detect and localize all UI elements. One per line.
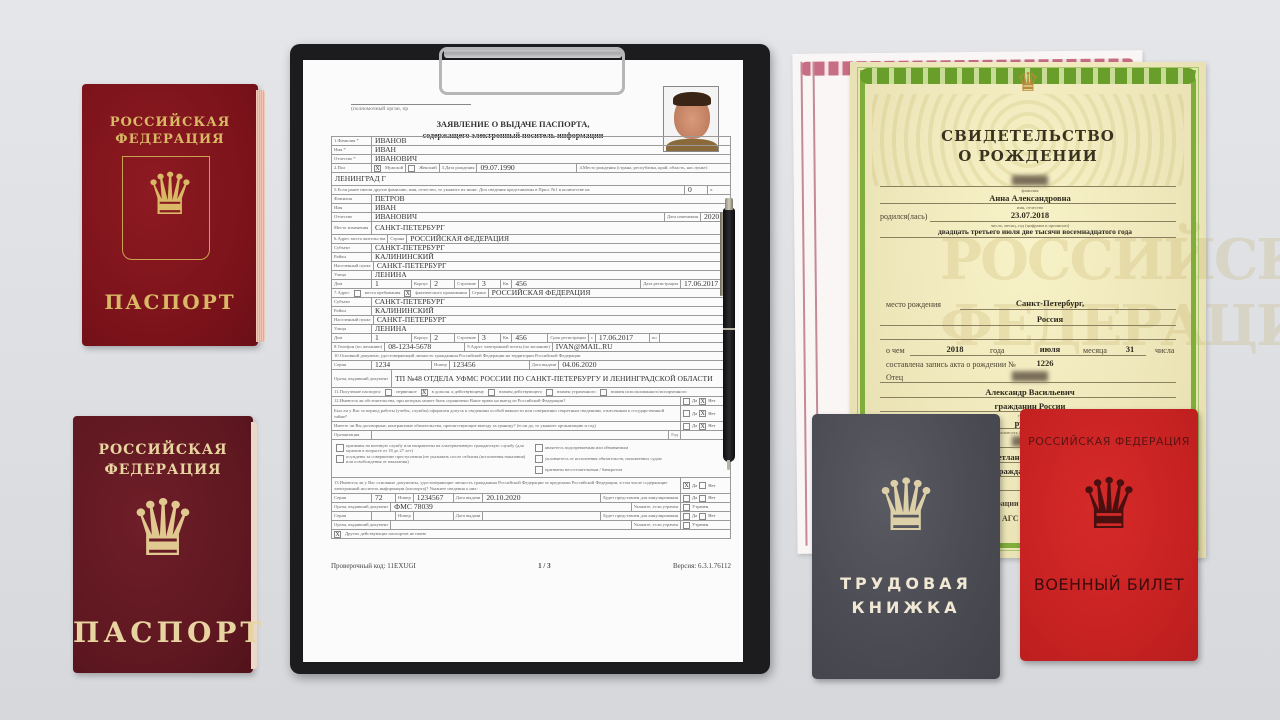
passport-country: РОССИЙСКАЯ ФЕДЕРАЦИЯ <box>82 114 258 148</box>
double-headed-eagle-icon: ♛ <box>1014 66 1042 100</box>
birthplace-city: Санкт-Петербург, <box>980 298 1120 308</box>
double-headed-eagle-icon: ♛ <box>1078 471 1141 541</box>
military-id-country: РОССИЙСКАЯ ФЕДЕРАЦИЯ <box>1020 435 1198 448</box>
prev-surname-row: Фамилия ПЕТРОВ <box>331 195 731 204</box>
form-grid: 1.Фамилия * ИВАНОВ Имя * ИВАН Отчество *… <box>331 136 731 539</box>
organization-row: Организация Год <box>331 431 731 440</box>
birthplace-country: Россия <box>980 314 1120 324</box>
surname-value: ИВАНОВ <box>372 137 730 145</box>
pen-body <box>723 208 735 462</box>
record-number: 1226 <box>1025 358 1065 368</box>
q13-passport-2-row: Серия Номер Дата выдачи Будет представле… <box>331 512 731 521</box>
stay-country-row: 7.Адрес места пребывания X фактического … <box>331 289 731 298</box>
patronymic-value: ИВАНОВИЧ <box>372 155 730 163</box>
page-number: 1 / 3 <box>538 562 550 570</box>
dob-value: 09.07.1990 <box>477 164 577 172</box>
double-headed-eagle-icon: ♛ <box>874 470 939 542</box>
work-record-book: ♛ ТРУДОВАЯ КНИЖКА <box>812 414 1000 679</box>
birthplace-value: ЛЕНИНГРАД Г <box>332 173 730 185</box>
prev-name-row: Имя ИВАН <box>331 204 731 213</box>
q12b-row: Был ли у Вас за период работы (учебы, сл… <box>331 406 731 422</box>
military-id-title: ВОЕННЫЙ БИЛЕТ <box>1020 575 1198 594</box>
form-version: Версия: 6.3.1.76112 <box>673 562 731 570</box>
foreign-passport: РОССИЙСКАЯ ФЕДЕРАЦИЯ ♛ ПАСПОРТ <box>82 84 258 346</box>
sex-female-checkbox <box>408 165 415 172</box>
name-value: ИВАН <box>372 146 730 154</box>
passport-application-form: (полномочный орган, пр ЗАЯВЛЕНИЕ О ВЫДАЧ… <box>303 60 743 662</box>
birth-date-words: двадцать третьего июля две тысячи восемн… <box>890 227 1180 236</box>
military-id: РОССИЙСКАЯ ФЕДЕРАЦИЯ ♛ ВОЕННЫЙ БИЛЕТ <box>1020 409 1198 661</box>
authority-caption: (полномочный орган, пр <box>351 104 471 112</box>
check-code: Проверочный код: 11EXUGI <box>331 562 416 570</box>
work-book-title: ТРУДОВАЯ КНИЖКА <box>812 572 1000 620</box>
issuer-row: Орган, выдавший документ ТП №48 ОТДЕЛА У… <box>331 370 731 388</box>
pen <box>721 198 736 476</box>
pen-tip <box>727 460 730 470</box>
passport-title: ПАСПОРТ <box>82 290 258 314</box>
birthplace-row: ЛЕНИНГРАД Г <box>331 173 731 186</box>
certificate-title: СВИДЕТЕЛЬСТВО О РОЖДЕНИИ <box>850 126 1206 166</box>
residence-country-row: 6.Адрес места жительства Страна РОССИЙСК… <box>331 235 731 244</box>
q13-issuer-2-row: Орган, выдавший документ Укажите, если у… <box>331 521 731 530</box>
no-other-passports-row: X Других действующих паспортов не имею <box>331 530 731 539</box>
sex-male-checkbox: X <box>374 165 381 172</box>
father-name: Александр Васильевич <box>950 387 1110 397</box>
q12-row: 12.Имеются ли обстоятельства, при которы… <box>331 397 731 406</box>
sex-dob-row: 2.Пол X Мужской Женский 3.Дата рождения … <box>331 164 731 173</box>
birth-date: 23.07.2018 <box>970 210 1090 220</box>
name-row: Имя * ИВАН <box>331 146 731 155</box>
child-name: Анна Александровна <box>940 193 1120 203</box>
restrictions-list: призваны на военную службу или направлен… <box>331 440 731 478</box>
q13-row: 13.Имеются ли у Вас основные документы, … <box>331 478 731 494</box>
form-footer: Проверочный код: 11EXUGI 1 / 3 Версия: 6… <box>331 562 731 570</box>
pen-button <box>725 198 733 210</box>
q11-row: 11.Получение паспорта: первичное Xв допо… <box>331 388 731 397</box>
q13-issuer-1-row: Орган, выдавший документ ФМС 78039 Укажи… <box>331 503 731 512</box>
contacts-row: 8.Телефон (по желанию) 08-1234-5678 9.Ад… <box>331 343 731 352</box>
clipboard-clip-wire <box>439 47 625 95</box>
child-surname: ██████ <box>1000 175 1060 185</box>
residence-house-row: Дом 1 Корпус 2 Строение 3 Кв. 456 Дата р… <box>331 280 731 289</box>
passport-title: ПАСПОРТ <box>73 616 253 649</box>
passport-country: РОССИЙСКАЯ ФЕДЕРАЦИЯ <box>73 440 253 480</box>
prev-patronymic-row: Отчество ИВАНОВИЧ Дата изменения 2020 <box>331 213 731 222</box>
q12c-row: Имеете ли Вы договорные, контрактные обя… <box>331 422 731 431</box>
double-headed-eagle-icon: ♛ <box>128 490 198 568</box>
id-document-row: Серия 1234 Номер 123456 Дата выдачи 04.0… <box>331 361 731 370</box>
patronymic-row: Отчество * ИВАНОВИЧ <box>331 155 731 164</box>
q13-passport-1-row: Серия 72 Номер 1234567 Дата выдачи 20.10… <box>331 494 731 503</box>
pen-ring <box>723 328 735 330</box>
internal-passport: РОССИЙСКАЯ ФЕДЕРАЦИЯ ♛ ПАСПОРТ <box>73 416 253 673</box>
q5-row: 5.Если ранее имели другие фамилию, имя, … <box>331 186 731 195</box>
double-headed-eagle-icon: ♛ <box>144 166 196 224</box>
change-place-row: Место изменения САНКТ-ПЕТЕРБУРГ <box>331 222 731 235</box>
clipboard: (полномочный орган, пр ЗАЯВЛЕНИЕ О ВЫДАЧ… <box>290 44 770 674</box>
father-surname: ██████ <box>1000 371 1060 381</box>
surname-row: 1.Фамилия * ИВАНОВ <box>331 136 731 146</box>
stay-house-row: Дом 1 Корпус 2 Строение 3 Кв. 456 Срок р… <box>331 334 731 343</box>
